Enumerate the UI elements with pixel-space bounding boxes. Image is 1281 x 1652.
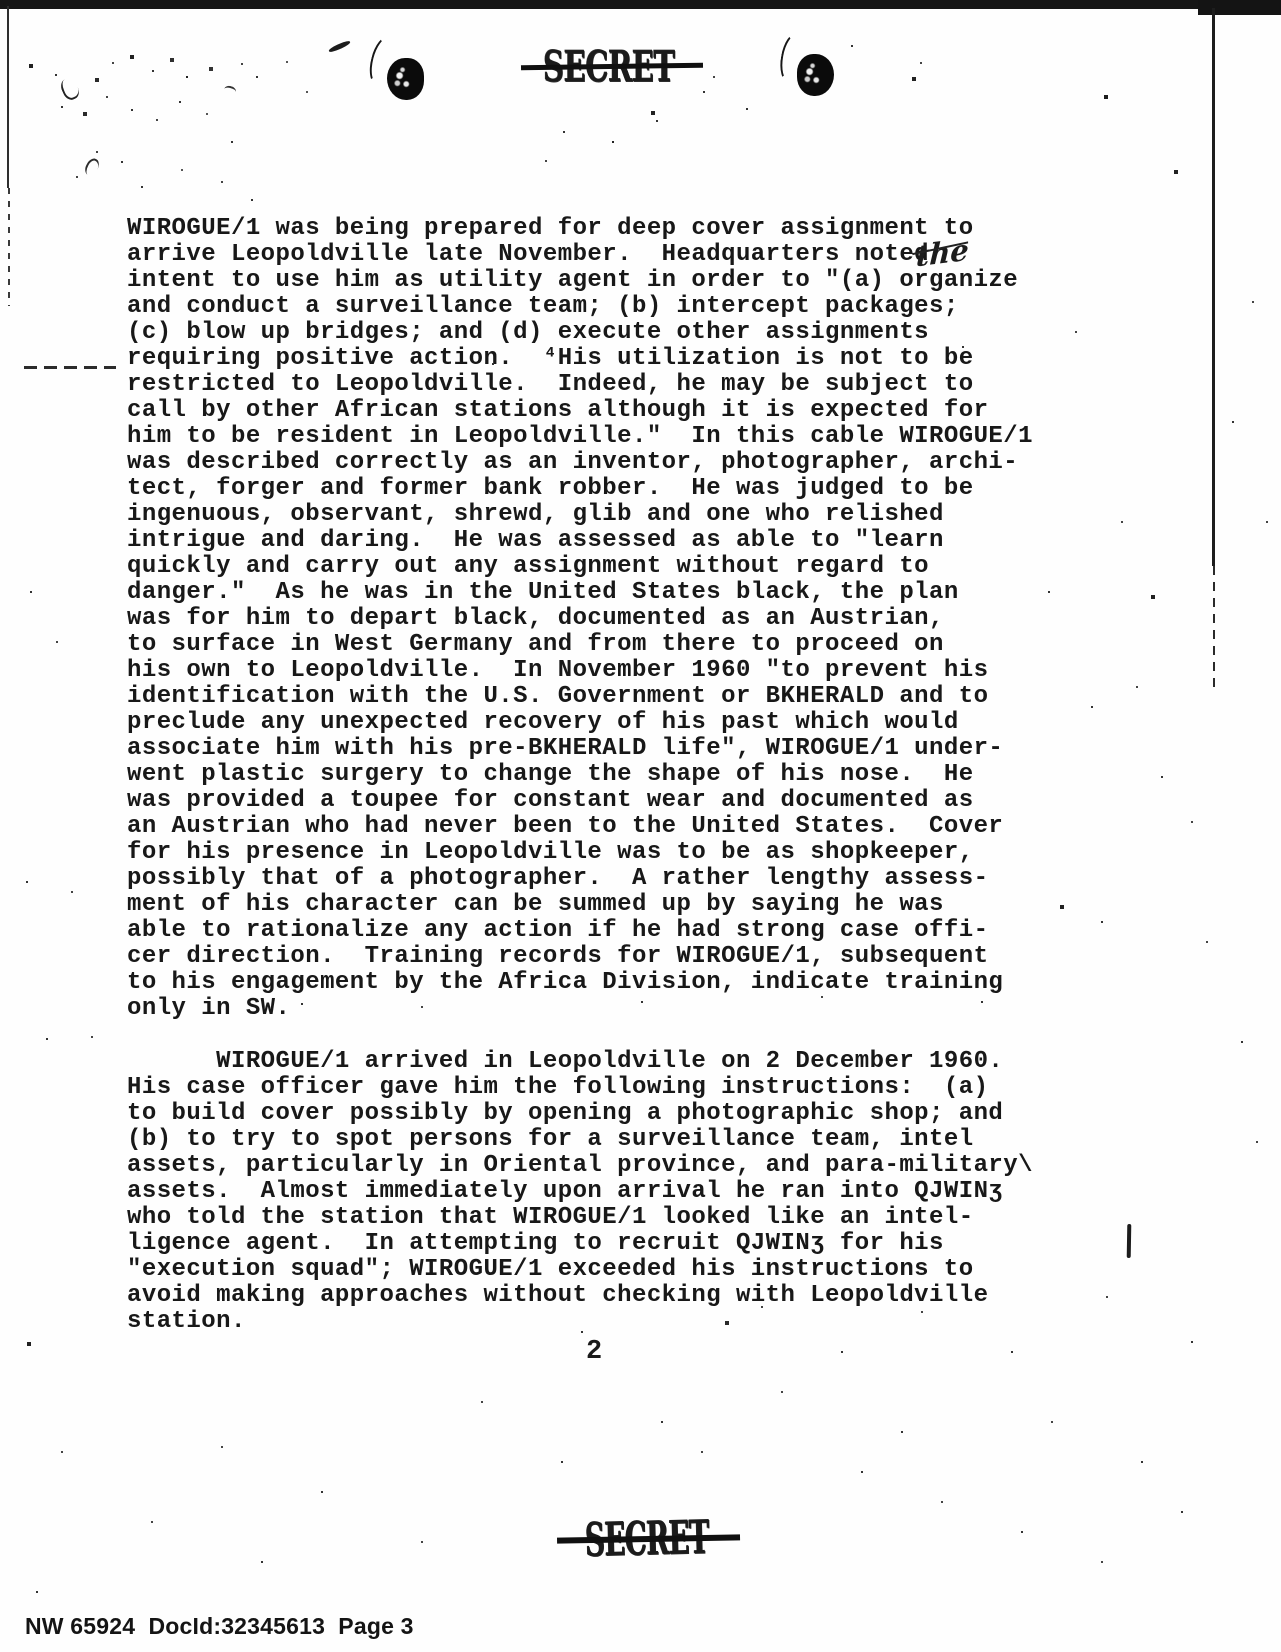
hole-punch-icon [781,33,841,103]
text-line: intent to use him as utility agent in or… [127,268,1033,294]
text-line: preclude any unexpected recovery of his … [127,710,1033,736]
scan-edge-right [1212,8,1215,566]
text-line: danger." As he was in the United States … [127,580,1033,606]
page-number: 2 [586,1337,603,1367]
margin-dash-mark [24,366,116,369]
punch-ball [797,54,834,96]
ink-squiggle [328,40,351,54]
text-line: quickly and carry out any assignment wit… [127,554,1033,580]
text-line: who told the station that WIROGUE/1 look… [127,1205,1033,1231]
text-line: (b) to try to spot persons for a surveil… [127,1127,1033,1153]
text-line: his own to Leopoldville. In November 196… [127,658,1033,684]
scan-edge-top [0,0,1281,9]
handwritten-insertion: the [915,233,969,274]
text-line: "execution squad"; WIROGUE/1 exceeded hi… [127,1257,1033,1283]
punch-ball [387,58,424,100]
paragraph-1: WIROGUE/1 was being prepared for deep co… [127,216,1033,1022]
scan-edge-top-right [1198,0,1281,15]
text-line: (c) blow up bridges; and (d) execute oth… [127,320,1033,346]
text-line: for his presence in Leopoldville was to … [127,840,1033,866]
text-line: assets, particularly in Oriental provinc… [127,1153,1033,1179]
text-line: ligence agent. In attempting to recruit … [127,1231,1033,1257]
scan-edge-right-dashed [1213,566,1215,694]
text-line: possibly that of a photographer. A rathe… [127,866,1033,892]
ink-squiggle [82,156,101,178]
text-line: requiring positive action. ⁴His utilizat… [127,346,1033,372]
text-line: only in SW. [127,996,1033,1022]
text-line: to his engagement by the Africa Division… [127,970,1033,996]
document-page: SECRET WIROGUE/1 was being prepared for … [0,0,1281,1652]
text-line: ingenuous, observant, shrewd, glib and o… [127,502,1033,528]
text-line: restricted to Leopoldville. Indeed, he m… [127,372,1033,398]
text-line: arrive Leopoldville late November. Headq… [127,242,1033,268]
text-line: was for him to depart black, documented … [127,606,1033,632]
text-line: tect, forger and former bank robber. He … [127,476,1033,502]
text-line: WIROGUE/1 was being prepared for deep co… [127,216,1033,242]
text-line: an Austrian who had never been to the Un… [127,814,1033,840]
scan-edge-left [7,6,9,188]
footer-reference: NW 65924 DocId:32345613 Page 3 [25,1613,414,1640]
paragraph-2: WIROGUE/1 arrived in Leopoldville on 2 D… [127,1049,1033,1335]
text-line: associate him with his pre-BKHERALD life… [127,736,1033,762]
text-line: him to be resident in Leopoldville." In … [127,424,1033,450]
text-line: identification with the U.S. Government … [127,684,1033,710]
text-line: went plastic surgery to change the shape… [127,762,1033,788]
secret-stamp-top: SECRET [543,42,731,91]
text-line: WIROGUE/1 arrived in Leopoldville on 2 D… [127,1049,1033,1075]
margin-tick-mark [1127,1224,1132,1258]
text-line: intrigue and daring. He was assessed as … [127,528,1033,554]
text-line: station. [127,1309,1033,1335]
scan-edge-left-dashed [8,188,10,306]
text-line: to surface in West Germany and from ther… [127,632,1033,658]
text-line: cer direction. Training records for WIRO… [127,944,1033,970]
text-line: assets. Almost immediately upon arrival … [127,1179,1033,1205]
text-line: avoid making approaches without checking… [127,1283,1033,1309]
text-line: ment of his character can be summed up b… [127,892,1033,918]
text-line: was described correctly as an inventor, … [127,450,1033,476]
text-line: was provided a toupee for constant wear … [127,788,1033,814]
ink-squiggle [223,85,237,97]
scan-noise [0,0,2,2]
hole-punch-icon [367,36,427,106]
text-line: call by other African stations although … [127,398,1033,424]
text-line: able to rationalize any action if he had… [127,918,1033,944]
text-line: and conduct a surveillance team; (b) int… [127,294,1033,320]
ink-squiggle [58,76,82,103]
text-line: His case officer gave him the following … [127,1075,1033,1101]
secret-stamp-bottom: SECRET [584,1507,792,1566]
text-line: to build cover possibly by opening a pho… [127,1101,1033,1127]
